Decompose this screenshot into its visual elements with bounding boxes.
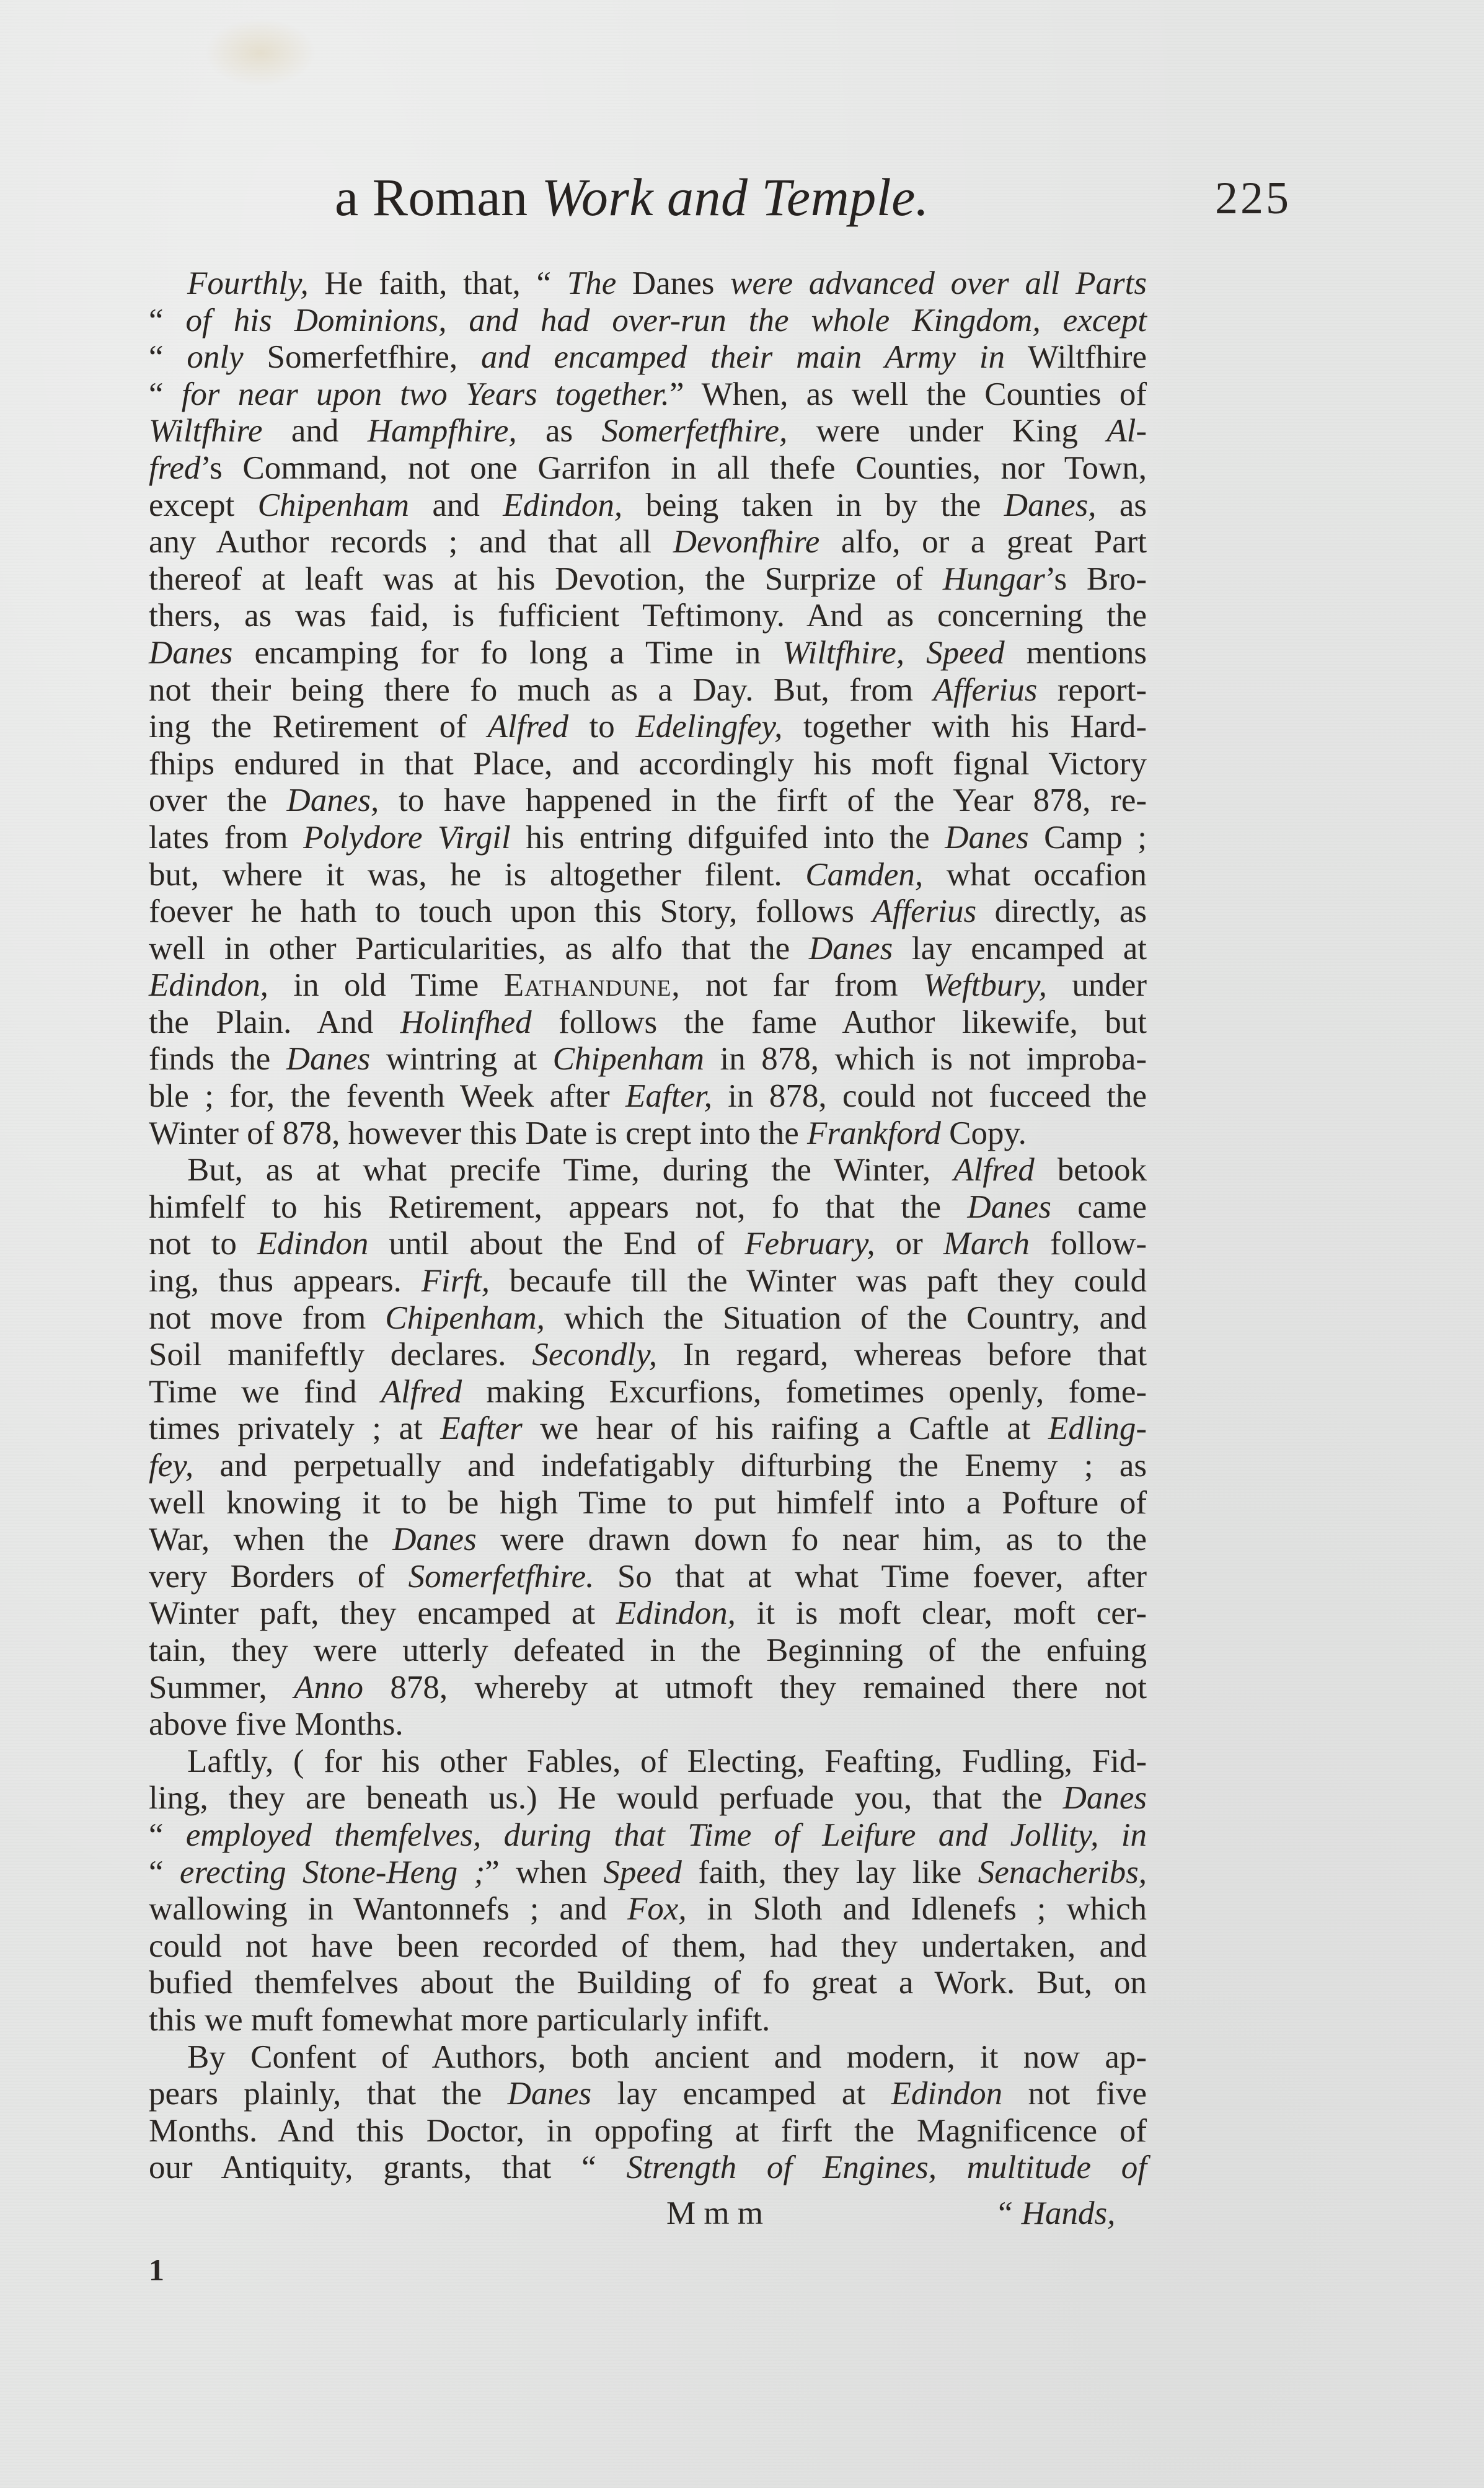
- italic-text: Danes,: [1004, 487, 1097, 523]
- roman-text: but, where it was, he is altogether file…: [149, 857, 805, 893]
- roman-text: except: [149, 487, 258, 523]
- italic-text: Eafter,: [625, 1078, 712, 1114]
- italic-text: Danes: [967, 1189, 1051, 1225]
- roman-text: ing, thus appears.: [149, 1263, 422, 1299]
- roman-text: well knowing it to be high Time to put h…: [149, 1485, 1147, 1521]
- roman-text: a Roman: [335, 167, 542, 227]
- roman-text: ing the Retirement of: [149, 709, 487, 745]
- text-line: above five Months.: [149, 1706, 1147, 1743]
- roman-text: ble ; for, the feventh Week after: [149, 1078, 625, 1114]
- italic-text: February,: [744, 1226, 875, 1262]
- small-caps-text: Eathandune,: [504, 967, 681, 1003]
- roman-text: we hear of his raifing a Caftle at: [523, 1410, 1048, 1446]
- roman-text: By Confent of Authors, both ancient and …: [187, 2039, 1147, 2075]
- roman-text: finds the: [149, 1041, 286, 1077]
- text-line: not their being there fo much as a Day. …: [149, 672, 1147, 709]
- roman-text: thereof at leaft was at his Devotion, th…: [149, 561, 943, 597]
- roman-text: alfo, or a great Part: [819, 524, 1147, 560]
- roman-text: ling, they are beneath us.) He would per…: [149, 1780, 1063, 1816]
- roman-text: not far from: [681, 967, 924, 1003]
- text-line: but, where it was, he is altogether file…: [149, 857, 1147, 894]
- roman-text: the Plain. And: [149, 1004, 400, 1040]
- italic-text: Fourthly,: [187, 265, 309, 301]
- text-line: any Author records ; and that all Devonf…: [149, 524, 1147, 561]
- text-line: ble ; for, the feventh Week after Eafter…: [149, 1078, 1147, 1115]
- roman-text: being taken in by the: [622, 487, 1004, 523]
- text-line: “ only Somerfetfhire, and encamped their…: [149, 339, 1147, 376]
- text-line: Winter of 878, however this Date is crep…: [149, 1115, 1147, 1153]
- italic-text: Hampfhire,: [368, 413, 517, 449]
- italic-text: Edindon: [257, 1226, 369, 1262]
- italic-text: Danes: [809, 931, 893, 967]
- roman-text: But, as at what precife Time, during the…: [187, 1152, 953, 1188]
- roman-text: bufied themfelves about the Building of …: [149, 1965, 1147, 2001]
- text-line: Danes encamping for fo long a Time in Wi…: [149, 635, 1147, 672]
- roman-text: becaufe till the Winter was paft they co…: [490, 1263, 1147, 1299]
- italic-text: Devonfhire: [673, 524, 819, 560]
- roman-text: very Borders of: [149, 1559, 409, 1595]
- text-line: Fourthly, He faith, that, “ The Danes we…: [149, 265, 1147, 303]
- text-line: fhips endured in that Place, and accordi…: [149, 746, 1147, 783]
- italic-text: Wiltfhire, Speed: [782, 635, 1004, 671]
- roman-text: until about the End of: [368, 1226, 744, 1262]
- roman-text: Copy.: [941, 1115, 1027, 1151]
- text-line: himfelf to his Retirement, appears not, …: [149, 1189, 1147, 1226]
- roman-text: Winter of 878, however this Date is crep…: [149, 1115, 807, 1151]
- roman-text: were under King: [787, 413, 1106, 449]
- italic-text: employed themfelves, during that Time of…: [186, 1817, 1147, 1853]
- signature-mark: M m m: [666, 2195, 763, 2232]
- roman-text: lay encamped at: [893, 931, 1147, 967]
- roman-text: Months. And this Doctor, in oppofing at …: [149, 2113, 1147, 2149]
- text-line: times privately ; at Eafter we hear of h…: [149, 1410, 1147, 1448]
- italic-text: only: [187, 339, 243, 375]
- roman-text: “: [149, 303, 186, 339]
- text-line: “ for near upon two Years together.” Whe…: [149, 376, 1147, 414]
- text-line: pears plainly, that the Danes lay encamp…: [149, 2076, 1147, 2113]
- roman-text: and perpetually and indefatigably diftur…: [193, 1448, 1147, 1484]
- roman-text: in old Time: [268, 967, 504, 1003]
- text-line: this we muft fomewhat more particularly …: [149, 2002, 1147, 2039]
- roman-text: could not have been recorded of them, ha…: [149, 1928, 1147, 1964]
- italic-text: Alfred: [953, 1152, 1035, 1188]
- italic-text: Fox,: [627, 1891, 687, 1927]
- roman-text: So that at what Time foever, after: [594, 1559, 1147, 1595]
- italic-text: Danes: [392, 1521, 476, 1557]
- roman-text: wallowing in Wantonnefs ; and: [149, 1891, 627, 1927]
- text-line: fred’s Command, not one Garrifon in all …: [149, 450, 1147, 487]
- roman-text: came: [1051, 1189, 1147, 1225]
- roman-text: to: [568, 709, 635, 745]
- text-line: finds the Danes wintring at Chipenham in…: [149, 1041, 1147, 1078]
- roman-text: which the Situation of the Country, and: [545, 1300, 1147, 1336]
- roman-text: “: [149, 1817, 186, 1853]
- roman-text: follow-: [1030, 1226, 1147, 1262]
- text-line: Wiltfhire and Hampfhire, as Somerfetfhir…: [149, 413, 1147, 450]
- roman-text: Laftly, ( for his other Fables, of Elect…: [187, 1743, 1147, 1779]
- roman-text: not to: [149, 1226, 257, 1262]
- italic-text: Strength of Engines, multitude of: [627, 2149, 1147, 2185]
- italic-text: Alfred: [381, 1374, 462, 1410]
- italic-text: Afferius: [934, 672, 1038, 708]
- text-line: Summer, Anno 878, whereby at utmoft they…: [149, 1670, 1147, 1707]
- roman-text: Camp ;: [1029, 820, 1147, 856]
- roman-text: Winter paft, they encamped at: [149, 1595, 616, 1631]
- italic-text: Edindon: [891, 2076, 1002, 2112]
- text-line: lates from Polydore Virgil his entring d…: [149, 820, 1147, 857]
- text-line: the Plain. And Holinfhed follows the fam…: [149, 1004, 1147, 1042]
- italic-text: Camden,: [805, 857, 923, 893]
- text-line: fey, and perpetually and indefatigably d…: [149, 1448, 1147, 1485]
- italic-text: Speed: [603, 1854, 682, 1890]
- text-line: thers, as was faid, is fufficient Teftim…: [149, 598, 1147, 635]
- italic-text: Edindon,: [503, 487, 622, 523]
- roman-text: pears plainly, that the: [149, 2076, 508, 2112]
- roman-text: betook: [1035, 1152, 1147, 1188]
- roman-text: foever he hath to touch upon this Story,…: [149, 893, 872, 929]
- text-line: But, as at what precife Time, during the…: [149, 1152, 1147, 1189]
- roman-text: this we muft fomewhat more particularly …: [149, 2002, 770, 2038]
- italic-text: Chipenham: [258, 487, 409, 523]
- italic-text: The: [567, 265, 617, 301]
- roman-text: what occafion: [923, 857, 1147, 893]
- italic-text: Afferius: [872, 893, 976, 929]
- italic-text: Al-: [1106, 413, 1147, 449]
- italic-text: Danes: [286, 1041, 370, 1077]
- text-line: except Chipenham and Edindon, being take…: [149, 487, 1147, 525]
- italic-text: Frankford: [807, 1115, 941, 1151]
- italic-text: Anno: [294, 1670, 363, 1706]
- roman-text: He faith, that, “: [309, 265, 567, 301]
- italic-text: Hungar: [943, 561, 1045, 597]
- text-line: “ of his Dominions, and had over-run the…: [149, 303, 1147, 340]
- text-line: Laftly, ( for his other Fables, of Elect…: [149, 1743, 1147, 1781]
- italic-text: fey,: [149, 1448, 193, 1484]
- roman-text: In regard, whereas before that: [657, 1337, 1147, 1373]
- text-line: foever he hath to touch upon this Story,…: [149, 893, 1147, 931]
- gathering-mark: 1: [149, 2252, 164, 2288]
- italic-text: Somerfetfhire.: [409, 1559, 594, 1595]
- roman-text: “: [149, 376, 182, 412]
- roman-text: in 878, could not fucceed the: [712, 1078, 1147, 1114]
- italic-text: Holinfhed: [400, 1004, 532, 1040]
- roman-text: in Sloth and Idlenefs ; which: [687, 1891, 1147, 1927]
- roman-text: 878, whereby at utmoft they remained the…: [363, 1670, 1147, 1706]
- italic-text: and encamped their main Army in: [481, 339, 1005, 375]
- italic-text: Eafter: [440, 1410, 522, 1446]
- italic-text: Work and Temple.: [542, 167, 929, 227]
- roman-text: and: [409, 487, 503, 523]
- text-line: wallowing in Wantonnefs ; and Fox, in Sl…: [149, 1891, 1147, 1928]
- italic-text: Danes: [1063, 1780, 1147, 1816]
- roman-text: making Excurfions, fometimes openly, fom…: [462, 1374, 1147, 1410]
- italic-text: fred: [149, 450, 200, 486]
- text-line: well in other Particularities, as alfo t…: [149, 931, 1147, 968]
- italic-text: Secondly,: [532, 1337, 657, 1373]
- roman-text: mentions: [1005, 635, 1147, 671]
- italic-text: erecting Stone-Heng ;: [180, 1854, 485, 1890]
- text-line: not to Edindon until about the End of Fe…: [149, 1226, 1147, 1263]
- roman-text: it is moft clear, moft cer-: [736, 1595, 1147, 1631]
- roman-text: encamping for fo long a Time in: [232, 635, 782, 671]
- roman-text: Summer,: [149, 1670, 294, 1706]
- italic-text: Edelingfey,: [635, 709, 782, 745]
- catchword: “ Hands,: [995, 2195, 1115, 2232]
- italic-text: Wiltfhire: [149, 413, 263, 449]
- roman-text: wintring at: [370, 1041, 552, 1077]
- roman-text: well in other Particularities, as alfo t…: [149, 931, 809, 967]
- italic-text: Polydore Virgil: [303, 820, 511, 856]
- italic-text: Chipenham,: [385, 1300, 545, 1336]
- roman-text: himfelf to his Retirement, appears not, …: [149, 1189, 967, 1225]
- roman-text: fhips endured in that Place, and accordi…: [149, 746, 1147, 782]
- roman-text: and: [263, 413, 368, 449]
- roman-text: thers, as was faid, is fufficient Teftim…: [149, 598, 1147, 634]
- italic-text: Alfred: [487, 709, 568, 745]
- roman-text: Wiltfhire: [1005, 339, 1147, 375]
- roman-text: report-: [1037, 672, 1147, 708]
- text-line: By Confent of Authors, both ancient and …: [149, 2039, 1147, 2076]
- roman-text: not five: [1002, 2076, 1147, 2112]
- roman-text: ’s Command, not one Garrifon in all thef…: [200, 450, 1147, 486]
- text-line: could not have been recorded of them, ha…: [149, 1928, 1147, 1965]
- roman-text: his entring difguifed into the: [511, 820, 945, 856]
- roman-text: under: [1047, 967, 1147, 1003]
- italic-text: Chipenham: [553, 1041, 704, 1077]
- italic-text: Senacheribs,: [978, 1854, 1147, 1890]
- text-line: “ erecting Stone-Heng ;” when Speed fait…: [149, 1854, 1147, 1892]
- italic-text: Edindon,: [616, 1595, 736, 1631]
- italic-text: of his Dominions, and had over-run the w…: [186, 303, 1147, 339]
- text-line: ing the Retirement of Alfred to Edelingf…: [149, 709, 1147, 746]
- text-line: over the Danes, to have happened in the …: [149, 782, 1147, 820]
- italic-text: Danes: [149, 635, 232, 671]
- roman-text: above five Months.: [149, 1706, 404, 1742]
- roman-text: directly, as: [976, 893, 1147, 929]
- text-line: ling, they are beneath us.) He would per…: [149, 1780, 1147, 1817]
- italic-text: Danes: [508, 2076, 591, 2112]
- roman-text: lay encamped at: [591, 2076, 891, 2112]
- text-line: Winter paft, they encamped at Edindon, i…: [149, 1595, 1147, 1632]
- roman-text: tain, they were utterly defeated in the …: [149, 1632, 1147, 1668]
- running-head: a Roman Work and Temple.: [335, 166, 929, 228]
- text-line: Time we find Alfred making Excurfions, f…: [149, 1374, 1147, 1411]
- roman-text: faith, they lay like: [682, 1854, 978, 1890]
- italic-text: Danes: [945, 820, 1028, 856]
- roman-text: Time we find: [149, 1374, 381, 1410]
- page-number: 225: [1215, 172, 1291, 225]
- text-line: Edindon, in old Time Eathandune, not far…: [149, 967, 1147, 1004]
- roman-text: to have happened in the firft of the Yea…: [379, 782, 1147, 818]
- roman-text: in 878, which is not improba-: [704, 1041, 1147, 1077]
- text-line: not move from Chipenham, which the Situa…: [149, 1300, 1147, 1337]
- italic-text: Danes,: [287, 782, 379, 818]
- roman-text: as: [517, 413, 602, 449]
- roman-text: our Antiquity, grants, that “: [149, 2149, 627, 2185]
- italic-text: March: [943, 1226, 1030, 1262]
- roman-text: Danes: [616, 265, 730, 301]
- italic-text: were advanced over all Parts: [730, 265, 1147, 301]
- roman-text: ” When, as well the Counties of: [669, 376, 1147, 412]
- text-line: tain, they were utterly defeated in the …: [149, 1632, 1147, 1670]
- roman-text: lates from: [149, 820, 303, 856]
- roman-text: were drawn down fo near him, as to the: [477, 1521, 1147, 1557]
- text-line: Soil manifeftly declares. Secondly, In r…: [149, 1337, 1147, 1374]
- text-line: Months. And this Doctor, in oppofing at …: [149, 2113, 1147, 2150]
- italic-text: Firft,: [422, 1263, 490, 1299]
- roman-text: follows the fame Author likewife, but: [532, 1004, 1147, 1040]
- text-line: thereof at leaft was at his Devotion, th…: [149, 561, 1147, 598]
- roman-text: ’s Bro-: [1045, 561, 1147, 597]
- text-line: very Borders of Somerfetfhire. So that a…: [149, 1559, 1147, 1596]
- roman-text: not their being there fo much as a Day. …: [149, 672, 934, 708]
- italic-text: for near upon two Years together.: [182, 376, 669, 412]
- italic-text: Edindon,: [149, 967, 268, 1003]
- paper-stain: [205, 19, 316, 87]
- text-line: well knowing it to be high Time to put h…: [149, 1485, 1147, 1522]
- roman-text: War, when the: [149, 1521, 392, 1557]
- text-line: “ employed themfelves, during that Time …: [149, 1817, 1147, 1854]
- roman-text: “: [149, 1854, 180, 1890]
- roman-text: or: [875, 1226, 943, 1262]
- roman-text: as: [1096, 487, 1147, 523]
- roman-text: “: [149, 339, 187, 375]
- italic-text: Weftbury,: [923, 967, 1047, 1003]
- roman-text: not move from: [149, 1300, 385, 1336]
- text-line: War, when the Danes were drawn down fo n…: [149, 1521, 1147, 1559]
- italic-text: Somerfetfhire,: [601, 413, 787, 449]
- roman-text: ” when: [485, 1854, 603, 1890]
- text-line: ing, thus appears. Firft, becaufe till t…: [149, 1263, 1147, 1300]
- roman-text: over the: [149, 782, 287, 818]
- roman-text: Soil manifeftly declares.: [149, 1337, 532, 1373]
- italic-text: Edling-: [1048, 1410, 1147, 1446]
- roman-text: Somerfetfhire,: [244, 339, 481, 375]
- roman-text: together with his Hard-: [782, 709, 1147, 745]
- body-text: Fourthly, He faith, that, “ The Danes we…: [149, 265, 1147, 2187]
- roman-text: any Author records ; and that all: [149, 524, 673, 560]
- text-line: bufied themfelves about the Building of …: [149, 1965, 1147, 2002]
- text-line: our Antiquity, grants, that “ Strength o…: [149, 2149, 1147, 2187]
- roman-text: times privately ; at: [149, 1410, 440, 1446]
